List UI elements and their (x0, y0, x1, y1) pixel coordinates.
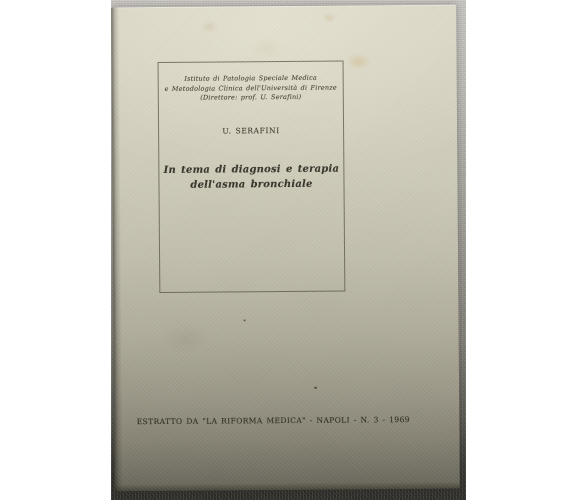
cover-border-frame: Istituto di Patologia Speciale Medica e … (158, 61, 346, 293)
booklet-photograph: Istituto di Patologia Speciale Medica e … (111, 0, 466, 500)
author-name: U. SERAFINI (159, 126, 343, 137)
institute-block: Istituto di Patologia Speciale Medica e … (159, 74, 343, 104)
paper-speck (314, 387, 317, 389)
booklet-front-cover: Istituto di Patologia Speciale Medica e … (111, 5, 460, 492)
paper-speck (244, 319, 246, 321)
title-line-2: dell'asma bronchiale (159, 177, 343, 193)
imprint-line: ESTRATTO DA "LA RIFORMA MEDICA" - NAPOLI… (114, 414, 432, 428)
product-photo-page: Istituto di Patologia Speciale Medica e … (0, 0, 576, 500)
institute-line-3: (Direttore: prof. U. Serafini) (159, 93, 343, 104)
title-line-1: In tema di diagnosi e terapia (159, 162, 343, 178)
booklet-title: In tema di diagnosi e terapia dell'asma … (159, 162, 343, 193)
